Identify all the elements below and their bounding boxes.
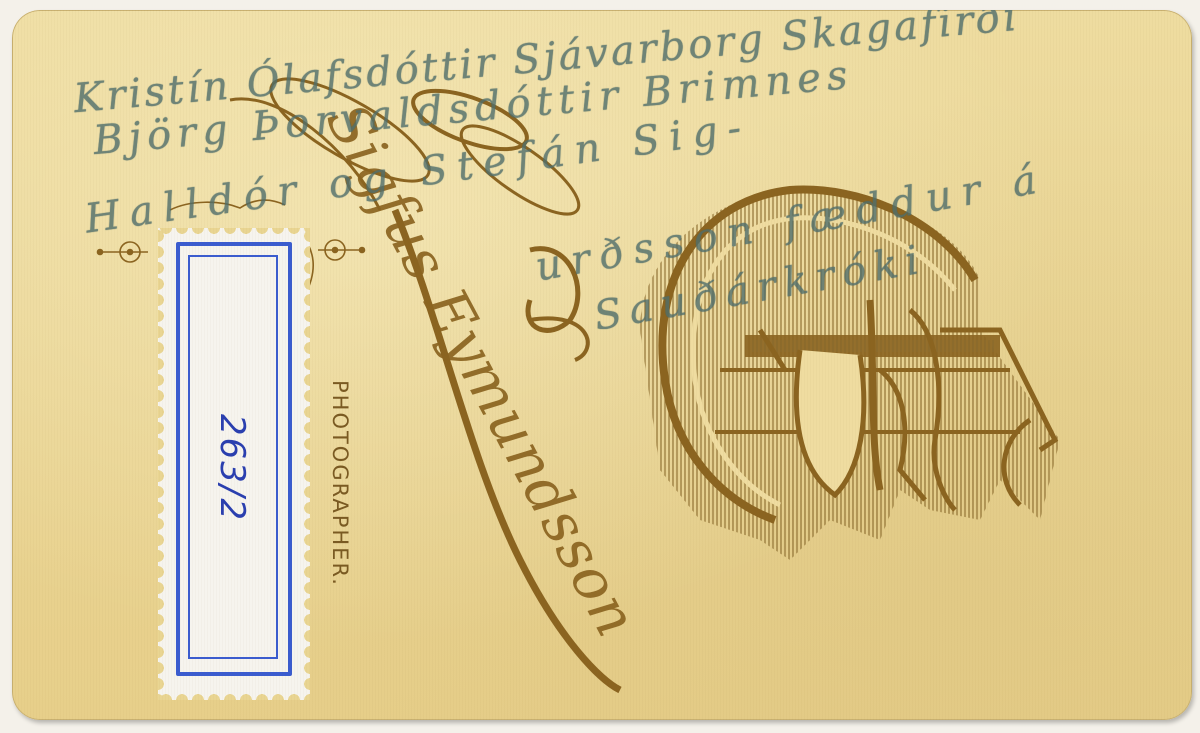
catalog-number: 263/2 xyxy=(212,414,252,522)
photographer-label: PHOTOGRAPHER. xyxy=(328,380,352,587)
catalog-label: 263/2 xyxy=(158,228,310,700)
photo-card-back: Sigfus Eymundsson Kristín Ólafsdóttir Sj… xyxy=(12,10,1192,720)
